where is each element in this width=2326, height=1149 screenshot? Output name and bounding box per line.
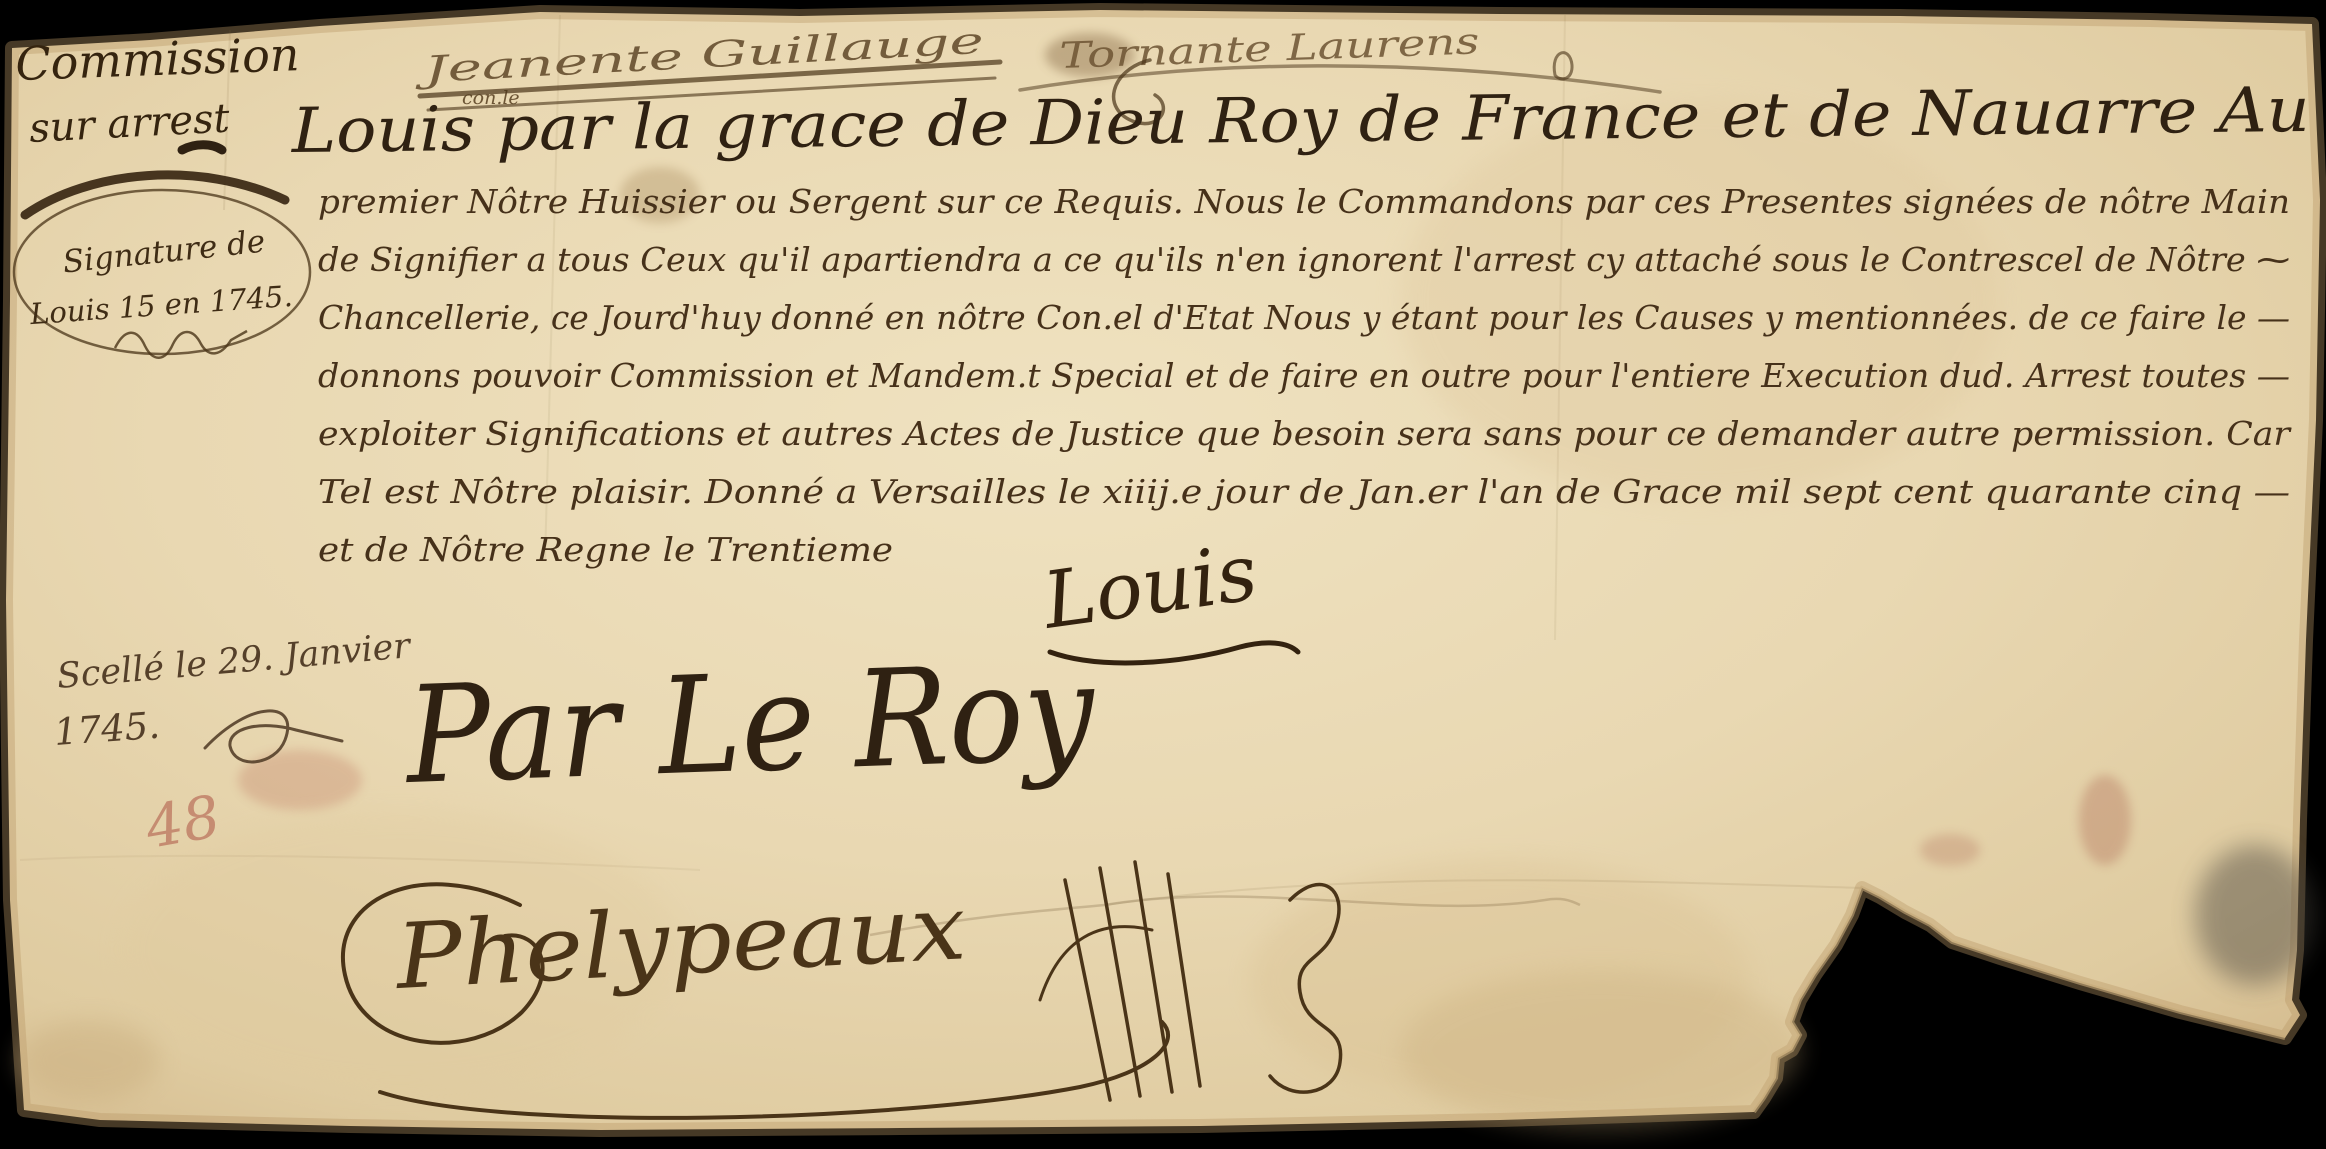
body-line-2: de Signifier a tous Ceux qu'il apartiend… <box>318 240 2290 279</box>
heading-lead-flourish <box>182 145 222 150</box>
body-line-5: exploiter Significations et autres Actes… <box>318 414 2292 453</box>
seal-note-line2: 1745. <box>53 704 162 754</box>
body-text: premier Nôtre Huissier ou Sergent sur ce… <box>318 182 2292 569</box>
formula-par-le-roy: Par Le Roy <box>401 634 1099 814</box>
body-line-6: Tel est Nôtre plaisir. Donné a Versaille… <box>318 472 2290 511</box>
parchment-document: Commission sur arrest Jeanente Guillauge… <box>0 0 2326 1149</box>
body-line-4: donnons pouvoir Commission et Mandem.t S… <box>318 356 2290 395</box>
body-line-3: Chancellerie, ce Jourd'huy donné en nôtr… <box>318 298 2290 337</box>
body-line-1: premier Nôtre Huissier ou Sergent sur ce… <box>318 182 2290 221</box>
body-line-7: et de Nôtre Regne le Trentieme <box>318 530 893 569</box>
manuscript-scan: Commission sur arrest Jeanente Guillauge… <box>0 0 2326 1149</box>
corner-label-line1: Commission <box>14 27 300 91</box>
chalk-mark: 48 <box>140 782 225 862</box>
